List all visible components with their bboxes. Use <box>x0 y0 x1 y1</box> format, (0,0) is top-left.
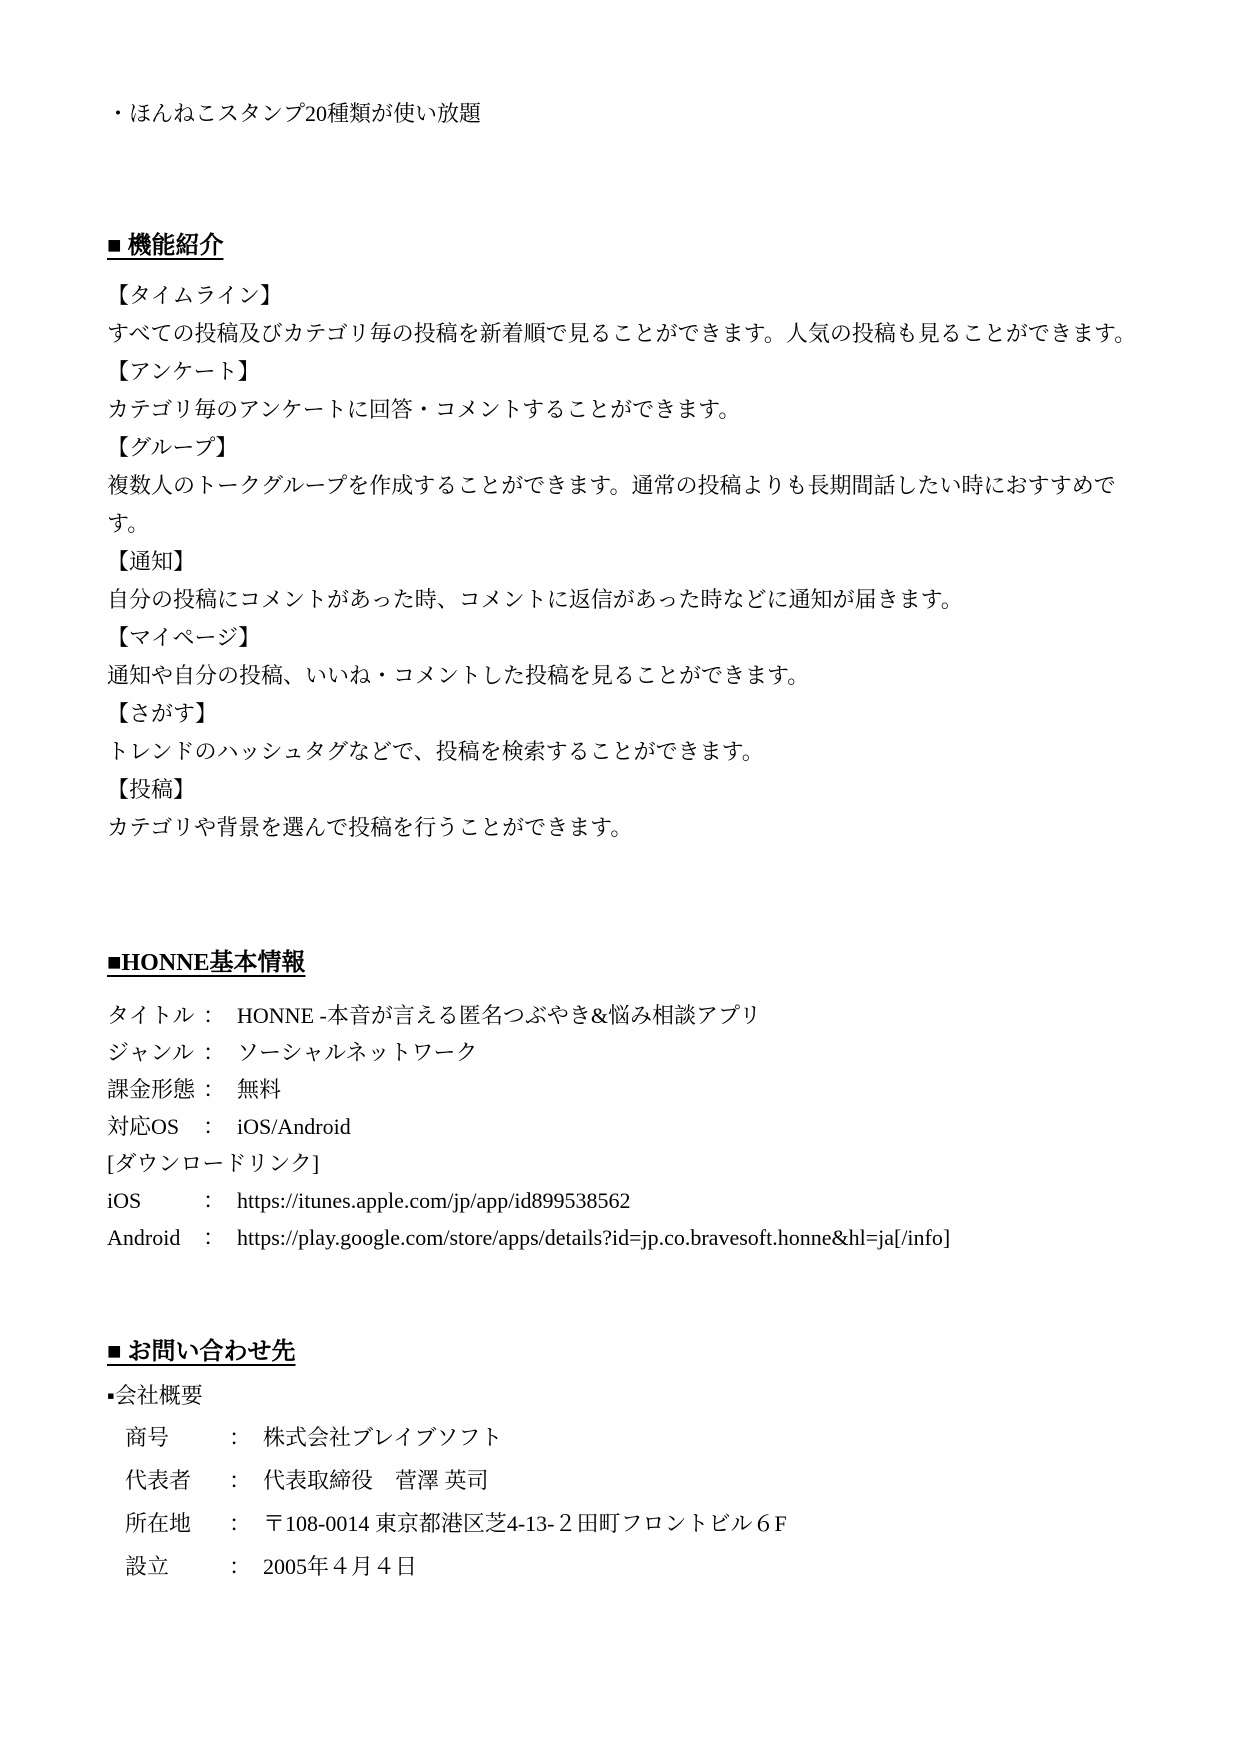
app-info-label: タイトル <box>107 997 203 1034</box>
company-overview-subheading: ▪会社概要 <box>107 1376 1140 1416</box>
feature-description: 通知や自分の投稿、いいね・コメントした投稿を見ることができます。 <box>107 657 1140 695</box>
company-row-label: 代表者 <box>125 1459 229 1502</box>
app-info-row: タイトル：HONNE -本音が言える匿名つぶやき&悩み相談アプリ <box>107 997 1140 1034</box>
download-links-label: [ダウンロードリンク] <box>107 1145 1140 1182</box>
colon-separator: ： <box>203 997 225 1034</box>
download-link-row: iOS：https://itunes.apple.com/jp/app/id89… <box>107 1182 1140 1219</box>
colon-separator: ： <box>229 1554 251 1579</box>
app-info-label: 課金形態 <box>107 1071 203 1108</box>
colon-separator: ： <box>229 1425 251 1450</box>
company-row-value: 2005年４月４日 <box>263 1554 417 1579</box>
features-heading: ■ 機能紹介 <box>107 230 1140 262</box>
feature-description: カテゴリ毎のアンケートに回答・コメントすることができます。 <box>107 391 1140 429</box>
colon-separator: ： <box>203 1182 225 1219</box>
download-link-platform: iOS <box>107 1182 203 1219</box>
colon-separator: ： <box>229 1511 251 1536</box>
feature-label: 【アンケート】 <box>107 353 1140 391</box>
company-row: 商号：株式会社ブレイブソフト <box>125 1416 1140 1459</box>
company-row: 代表者：代表取締役 菅澤 英司 <box>125 1459 1140 1502</box>
feature-label: 【投稿】 <box>107 771 1140 809</box>
colon-separator: ： <box>203 1034 225 1071</box>
feature-label: 【グループ】 <box>107 429 1140 467</box>
company-overview-list: 商号：株式会社ブレイブソフト 代表者：代表取締役 菅澤 英司 所在地：〒108-… <box>107 1416 1140 1588</box>
colon-separator: ： <box>203 1108 225 1145</box>
app-info-row: 課金形態：無料 <box>107 1071 1140 1108</box>
company-row-value: 代表取締役 菅澤 英司 <box>263 1468 489 1493</box>
contact-heading: ■ お問い合わせ先 <box>107 1336 1140 1368</box>
contact-heading-text: ■ お問い合わせ先 <box>107 1339 296 1365</box>
app-info-label: 対応OS <box>107 1108 203 1145</box>
feature-description: すべての投稿及びカテゴリ毎の投稿を新着順で見ることができます。人気の投稿も見るこ… <box>107 315 1140 353</box>
company-row: 所在地：〒108-0014 東京都港区芝4-13-２田町フロントビル６F <box>125 1502 1140 1545</box>
app-info-label: ジャンル <box>107 1034 203 1071</box>
company-row-label: 設立 <box>125 1545 229 1588</box>
feature-label: 【さがす】 <box>107 695 1140 733</box>
feature-description: 複数人のトークグループを作成することができます。通常の投稿よりも長期間話したい時… <box>107 467 1140 543</box>
colon-separator: ： <box>203 1071 225 1108</box>
document-page: ・ほんねこスタンプ20種類が使い放題 ■ 機能紹介 【タイムライン】 すべての投… <box>0 0 1240 1753</box>
app-info-heading-text: ■HONNE基本情報 <box>107 950 306 976</box>
app-info-value: HONNE -本音が言える匿名つぶやき&悩み相談アプリ <box>237 1003 761 1028</box>
company-row-value: 〒108-0014 東京都港区芝4-13-２田町フロントビル６F <box>263 1511 787 1536</box>
download-link-row: Android：https://play.google.com/store/ap… <box>107 1219 1140 1256</box>
colon-separator: ： <box>229 1468 251 1493</box>
feature-description: トレンドのハッシュタグなどで、投稿を検索することができます。 <box>107 733 1140 771</box>
intro-bullet: ・ほんねこスタンプ20種類が使い放題 <box>107 95 1140 132</box>
features-list: 【タイムライン】 すべての投稿及びカテゴリ毎の投稿を新着順で見ることができます。… <box>107 277 1140 847</box>
features-heading-text: ■ 機能紹介 <box>107 233 224 259</box>
feature-label: 【マイページ】 <box>107 619 1140 657</box>
app-info-heading: ■HONNE基本情報 <box>107 947 1140 979</box>
app-info-value: iOS/Android <box>237 1114 351 1139</box>
feature-description: カテゴリや背景を選んで投稿を行うことができます。 <box>107 809 1140 847</box>
feature-description: 自分の投稿にコメントがあった時、コメントに返信があった時などに通知が届きます。 <box>107 581 1140 619</box>
app-info-row: ジャンル：ソーシャルネットワーク <box>107 1034 1140 1071</box>
download-link-url: https://play.google.com/store/apps/detai… <box>237 1225 950 1250</box>
feature-label: 【通知】 <box>107 543 1140 581</box>
feature-label: 【タイムライン】 <box>107 277 1140 315</box>
app-info-list: タイトル：HONNE -本音が言える匿名つぶやき&悩み相談アプリ ジャンル：ソー… <box>107 997 1140 1256</box>
download-link-platform: Android <box>107 1219 203 1256</box>
download-link-url: https://itunes.apple.com/jp/app/id899538… <box>237 1188 631 1213</box>
app-info-row: 対応OS：iOS/Android <box>107 1108 1140 1145</box>
company-row-label: 商号 <box>125 1416 229 1459</box>
app-info-value: 無料 <box>237 1077 281 1102</box>
company-row-value: 株式会社ブレイブソフト <box>263 1425 502 1450</box>
colon-separator: ： <box>203 1219 225 1256</box>
app-info-value: ソーシャルネットワーク <box>237 1040 477 1065</box>
company-row-label: 所在地 <box>125 1502 229 1545</box>
company-row: 設立：2005年４月４日 <box>125 1545 1140 1588</box>
